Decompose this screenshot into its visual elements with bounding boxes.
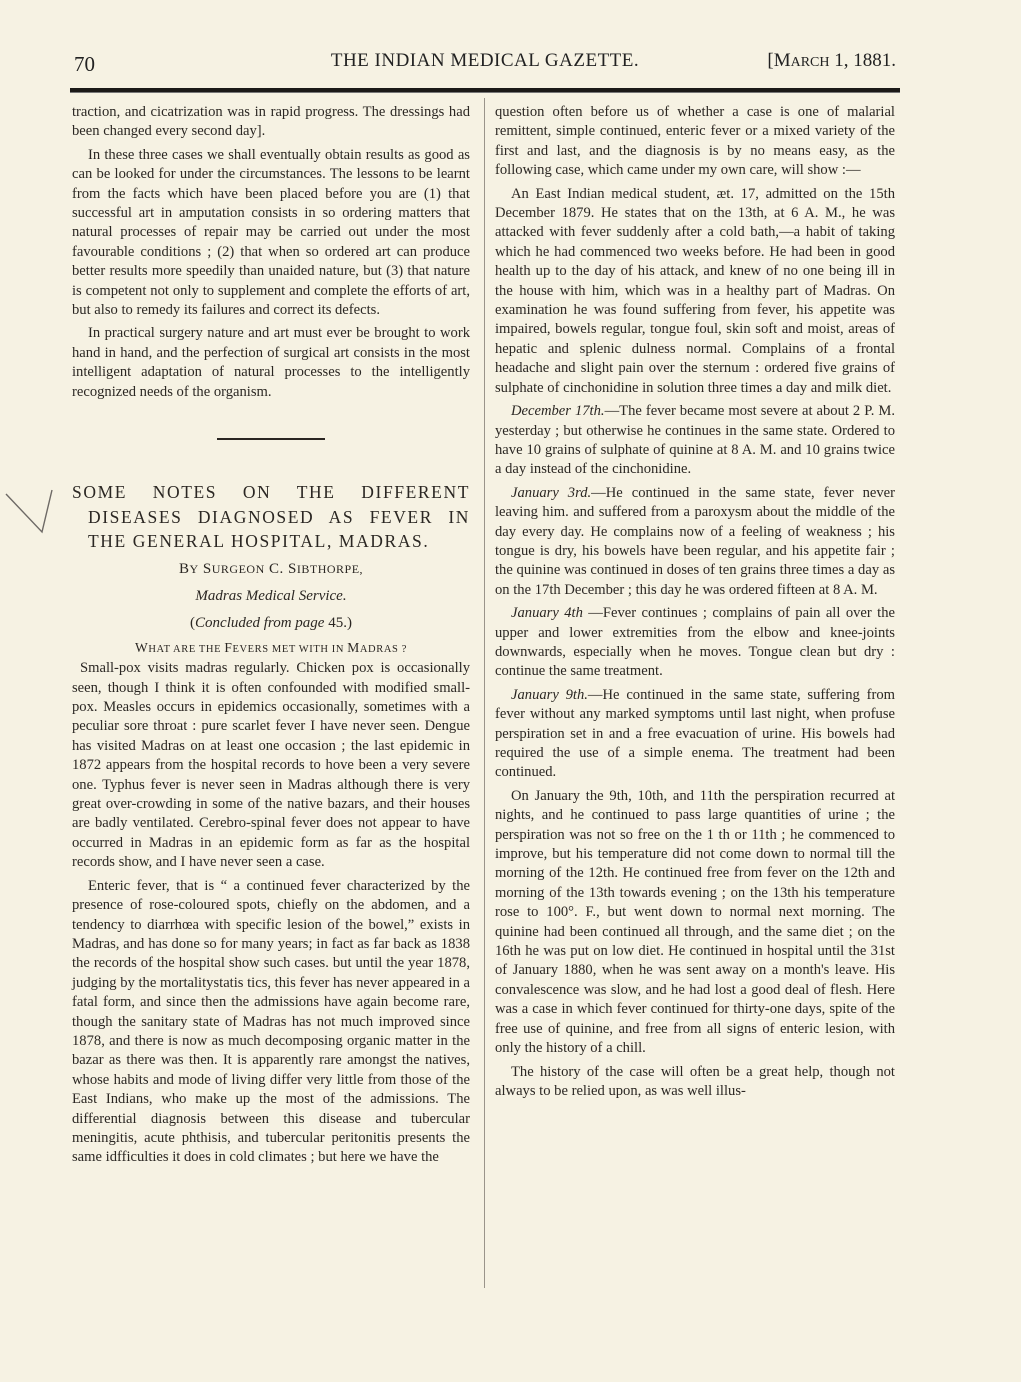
case-entry-jan-4: January 4th —Fever continues ; complains… xyxy=(495,604,895,682)
paragraph: In these three cases we shall eventually… xyxy=(72,146,470,321)
author-affiliation: Madras Medical Service. xyxy=(72,587,470,606)
paragraph: On January the 9th, 10th, and 11th the p… xyxy=(495,787,895,1059)
byline: BY SURGEON C. SIBTHORPE, xyxy=(72,560,470,579)
continuation-note: (Concluded from page 45.) xyxy=(72,614,470,633)
paragraph: In practical surgery nature and art must… xyxy=(72,324,470,402)
article-title: SOME NOTES ON THE DIFFERENT DISEASES DIA… xyxy=(72,480,470,554)
left-column: traction, and cicatrization was in rapid… xyxy=(72,103,470,1172)
scanned-journal-page: 70 THE INDIAN MEDICAL GAZETTE. [MARCH 1,… xyxy=(0,0,1021,1382)
pencil-check-mark xyxy=(4,488,54,536)
paragraph: The history of the case will often be a … xyxy=(495,1063,895,1102)
case-entry-jan-3: January 3rd.—He continued in the same st… xyxy=(495,484,895,600)
article-separator xyxy=(217,438,325,440)
section-subheading: WHAT ARE THE FEVERS MET WITH IN MADRAS ? xyxy=(72,638,470,659)
paragraph: An East Indian medical student, æt. 17, … xyxy=(495,185,895,398)
column-divider xyxy=(484,98,485,1288)
right-column: question often before us of whether a ca… xyxy=(495,103,895,1105)
header-rule xyxy=(70,88,900,93)
paragraph: traction, and cicatrization was in rapid… xyxy=(72,103,470,142)
paragraph: Enteric fever, that is “ a continued fev… xyxy=(72,877,470,1168)
paragraph: Small-pox visits madras regularly. Chick… xyxy=(72,659,470,872)
running-header: 70 THE INDIAN MEDICAL GAZETTE. [MARCH 1,… xyxy=(74,48,896,78)
case-entry-dec-17: December 17th.—The fever became most sev… xyxy=(495,402,895,480)
issue-date: [MARCH 1, 1881. xyxy=(767,50,896,72)
case-entry-jan-9: January 9th.—He continued in the same st… xyxy=(495,686,895,783)
paragraph: question often before us of whether a ca… xyxy=(495,103,895,181)
